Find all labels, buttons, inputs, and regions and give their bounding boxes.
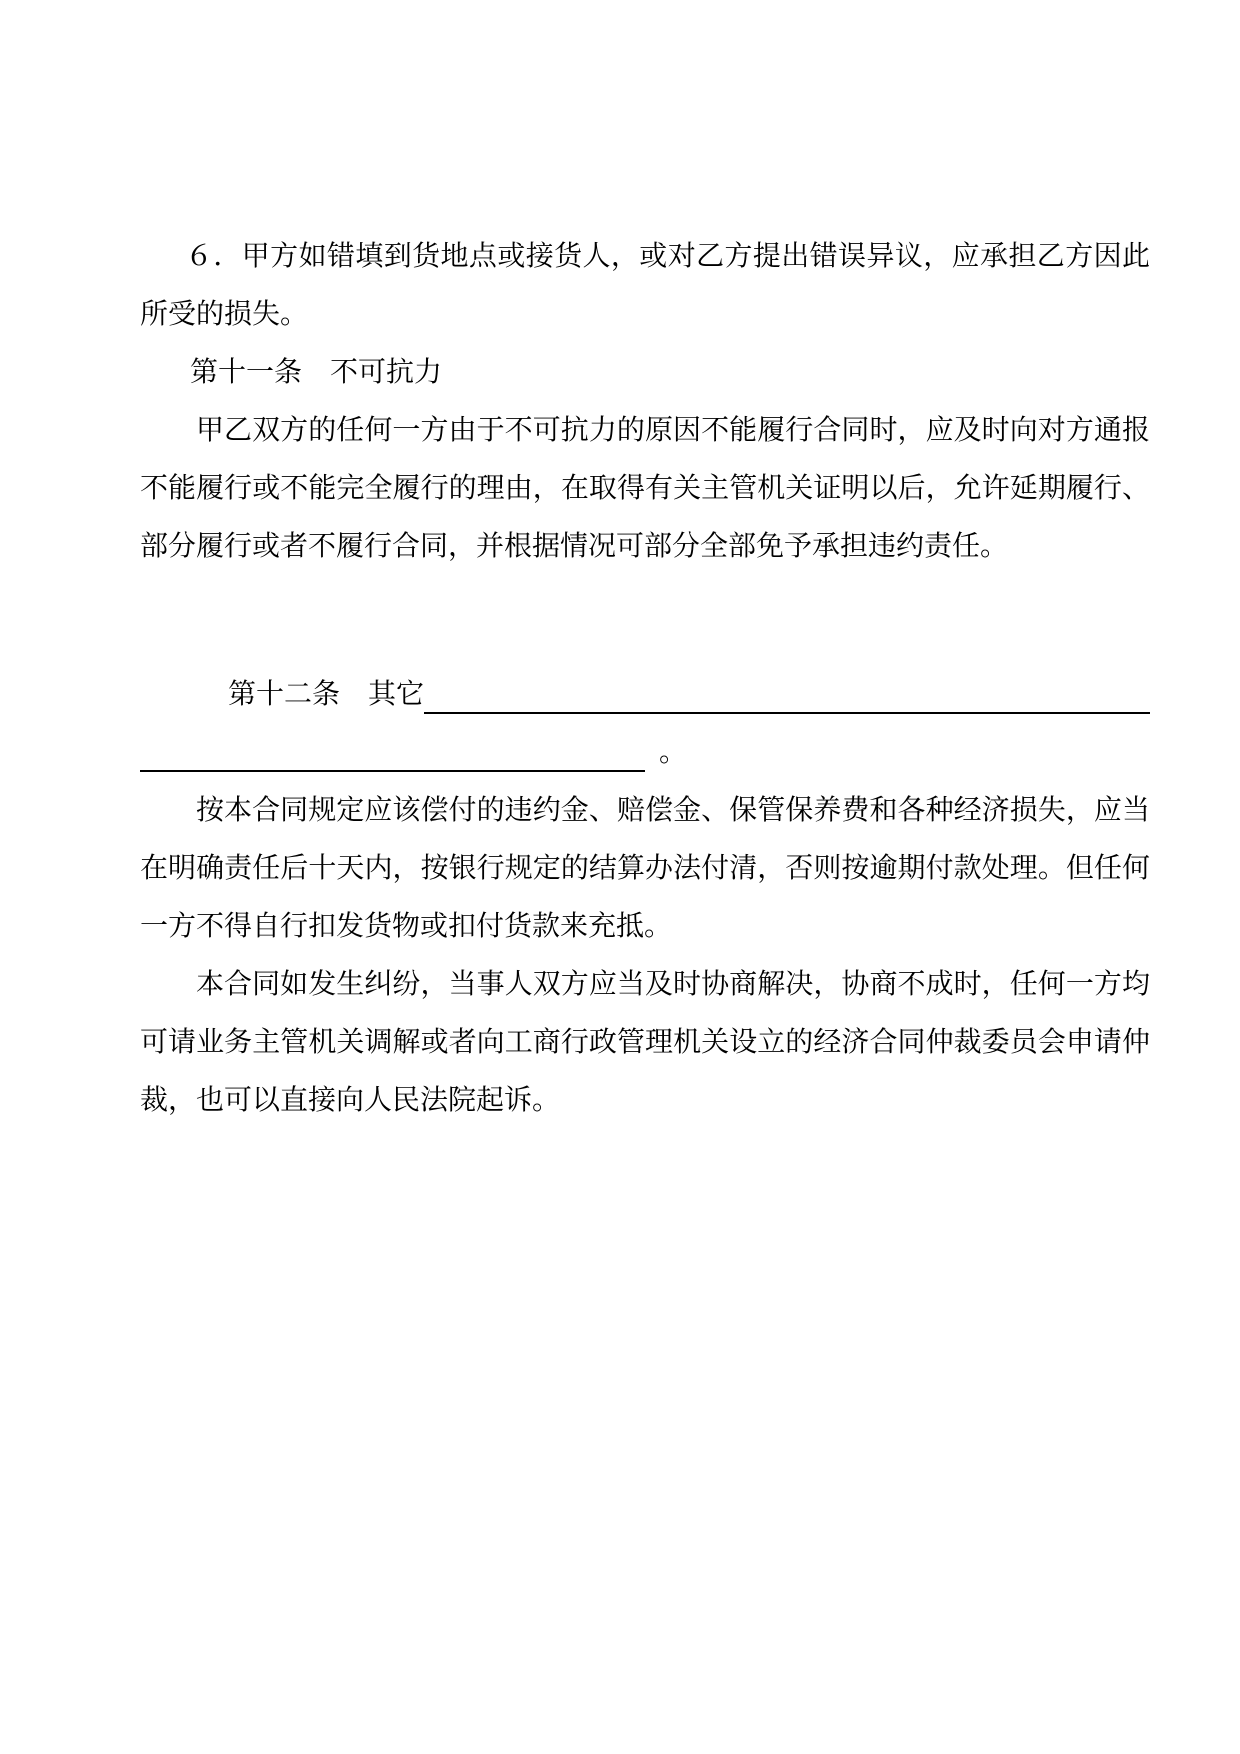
document-body: ６．甲方如错填到货地点或接货人，或对乙方提出错误异议，应承担乙方因此所受的损失。…: [140, 228, 1150, 1130]
article-11-body-paragraph: 甲乙双方的任何一方由于不可抗力的原因不能履行合同时，应及时向对方通报不能履行或不…: [140, 402, 1150, 576]
article-11-heading: 第十一条 不可抗力: [140, 344, 1150, 402]
dispute-clause-paragraph: 本合同如发生纠纷，当事人双方应当及时协商解决，协商不成时，任何一方均可请业务主管…: [140, 956, 1150, 1130]
article-12-blank-line-1: [424, 666, 1150, 714]
article-12-period: 。: [645, 724, 687, 782]
contract-document-page: ６．甲方如错填到货地点或接货人，或对乙方提出错误异议，应承担乙方因此所受的损失。…: [0, 0, 1240, 1754]
article-12-label: 第十二条 其它: [140, 666, 424, 724]
article-12-line-continued: 。: [140, 724, 1150, 782]
payment-clause-paragraph: 按本合同规定应该偿付的违约金、赔偿金、保管保养费和各种经济损失，应当在明确责任后…: [140, 782, 1150, 956]
article-12-line: 第十二条 其它: [140, 666, 1150, 724]
clause-6-paragraph: ６．甲方如错填到货地点或接货人，或对乙方提出错误异议，应承担乙方因此所受的损失。: [140, 228, 1150, 344]
article-12-blank-line-2: [140, 724, 645, 772]
